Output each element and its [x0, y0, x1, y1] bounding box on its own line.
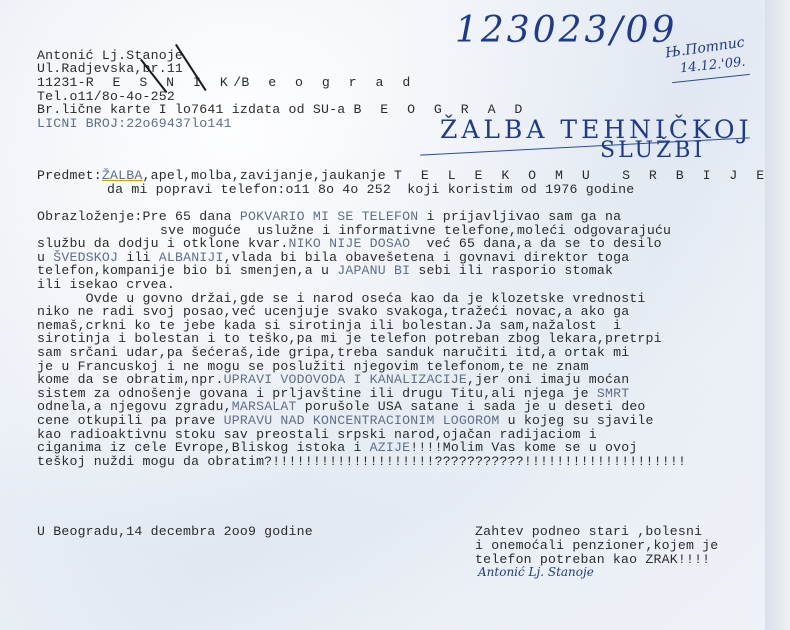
body-line: službu da dodju i otklone kvar.NIKO NIJE…: [37, 237, 662, 250]
sender-street: Ul.Radjevska,br.11: [37, 62, 183, 75]
body-line: ili isekao crvea.: [37, 278, 175, 291]
body-line: u ŠVEDSKOJ ili ALBANIJI,vlada bi bila ob…: [37, 251, 629, 264]
closing-line-2: i onemoćali penzioner,kojem je: [475, 539, 718, 552]
handwritten-registration-number: 123023/09: [455, 10, 677, 51]
body-line: Obrazloženje:Pre 65 dana POKVARIO MI SE …: [37, 210, 621, 223]
body-line: odnela,a njegovu zgradu,MARSALAT porušol…: [37, 400, 646, 413]
body-line: teškoj nuždi mogu da obratim?!!!!!!!!!!!…: [37, 455, 686, 468]
body-line: nemaš,crkni ko te jebe kada si sirotinja…: [37, 319, 621, 332]
body-line: je u Francuskoj i ne mogu se poslužiti n…: [37, 360, 589, 373]
body-line: niko ne radi svoj posao,već ucenjuje sva…: [37, 305, 629, 318]
body-line: sam srčani udar,pa šećeraš,ide gripa,tre…: [37, 346, 629, 359]
body-line: kome da se obratim,npr.UPRAVI VODOVODA I…: [37, 373, 629, 386]
closing-line-1: Zahtev podneo stari ,bolesni: [475, 525, 702, 538]
body-line: cene otkupili pa prave UPRAVU NAD KONCEN…: [37, 414, 654, 427]
handwritten-complaint-title-2: SLUŽBI: [600, 138, 705, 163]
place-and-date: U Beogradu,14 decembra 2oo9 godine: [37, 525, 313, 538]
body-line: Ovde u govno držai,gde se i narod oseća …: [37, 292, 646, 305]
sender-city: 11231-R E S N I K/B e o g r a d: [37, 76, 416, 89]
subject-line: Predmet:ŽALBA,apel,molba,zavijanje,jauka…: [37, 169, 770, 182]
subject-line-2: da mi popravi telefon:o11 8o 4o 252 koji…: [107, 183, 634, 196]
signature: Antonić Lj. Stanoje: [478, 565, 594, 579]
body-line: sistem za odnošenje govana i prljavštine…: [37, 387, 629, 400]
paper-edge: [765, 0, 790, 630]
sender-personal-number: LICNI BROJ:22o69437lo141: [37, 117, 232, 130]
body-line: kao radioaktivnu stoku sav preostali srp…: [37, 428, 597, 441]
body-line: sirotinja i bolestan i to teško,pa mi je…: [37, 332, 662, 345]
body-line: sve moguće uslužne i informativne telefo…: [160, 224, 671, 237]
body-line: ciganima iz cele Evrope,Bliskog istoka i…: [37, 441, 637, 454]
body-line: telefon,kompanije bio bi smenjen,a u JAP…: [37, 264, 613, 277]
